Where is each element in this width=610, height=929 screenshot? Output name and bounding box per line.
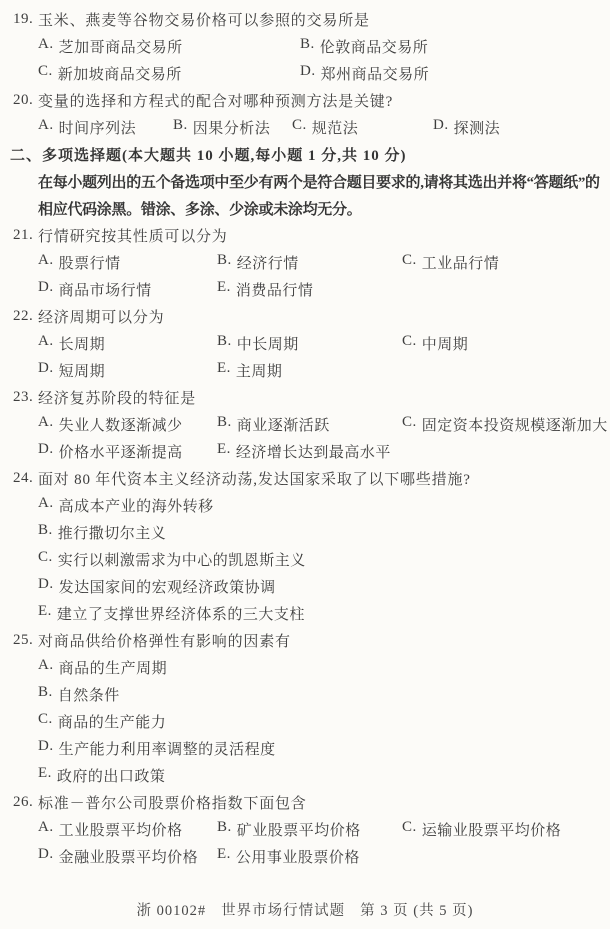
question-26: 26. 标准－普尔公司股票价格指数下面包含 bbox=[0, 789, 610, 816]
option-label: A. bbox=[38, 819, 54, 840]
option-label: C. bbox=[402, 333, 417, 354]
option-text: 主周期 bbox=[236, 360, 283, 381]
option: C.工业品行情 bbox=[402, 252, 610, 273]
option: C.运输业股票平均价格 bbox=[402, 819, 610, 840]
option-label: E. bbox=[217, 360, 231, 381]
option-text: 商品的生产能力 bbox=[58, 711, 167, 732]
option-text: 伦敦商品交易所 bbox=[320, 36, 429, 57]
question-26-options-row-2: D.金融业股票平均价格 E.公用事业股票价格 bbox=[0, 843, 610, 870]
question-number: 25. bbox=[13, 632, 38, 649]
option-label: A. bbox=[38, 252, 54, 273]
option-label: E. bbox=[38, 765, 52, 786]
option: B.商业逐渐活跃 bbox=[217, 414, 402, 435]
option: D.生产能力利用率调整的灵活程度 bbox=[38, 738, 610, 759]
option-text: 商业逐渐活跃 bbox=[237, 414, 330, 435]
question-number: 24. bbox=[13, 470, 38, 487]
option: D.探测法 bbox=[433, 117, 610, 138]
option: A.失业人数逐渐减少 bbox=[38, 414, 217, 435]
option: B.推行撒切尔主义 bbox=[38, 522, 610, 543]
question-number: 21. bbox=[13, 227, 38, 244]
option-label: E. bbox=[217, 846, 231, 867]
option-label: C. bbox=[292, 117, 307, 138]
option-text: 工业品行情 bbox=[422, 252, 500, 273]
question-24-option-e: E.建立了支撑世界经济体系的三大支柱 bbox=[0, 600, 610, 627]
option: D.发达国家间的宏观经济政策协调 bbox=[38, 576, 610, 597]
option-label: B. bbox=[300, 36, 315, 57]
option-text: 政府的出口政策 bbox=[57, 765, 166, 786]
option-label: C. bbox=[402, 414, 417, 435]
option-text: 实行以刺激需求为中心的凯恩斯主义 bbox=[58, 549, 306, 570]
page-number: 第 3 页 (共 5 页) bbox=[360, 899, 473, 920]
option-label: A. bbox=[38, 657, 54, 678]
option: E.公用事业股票价格 bbox=[217, 846, 402, 867]
option-text: 探测法 bbox=[454, 117, 501, 138]
exam-code: 浙 00102# bbox=[137, 899, 207, 920]
option-label: D. bbox=[38, 576, 54, 597]
option-text: 金融业股票平均价格 bbox=[59, 846, 199, 867]
question-24: 24. 面对 80 年代资本主义经济动荡,发达国家采取了以下哪些措施? bbox=[0, 465, 610, 492]
option: E.经济增长达到最高水平 bbox=[217, 441, 402, 462]
question-20-options-row-1: A.时间序列法 B.因果分析法 C.规范法 D.探测法 bbox=[0, 114, 610, 141]
option-text: 规范法 bbox=[312, 117, 359, 138]
question-text: 玉米、燕麦等谷物交易价格可以参照的交易所是 bbox=[38, 9, 370, 30]
option: C.规范法 bbox=[292, 117, 433, 138]
option: A.商品的生产周期 bbox=[38, 657, 610, 678]
question-number: 19. bbox=[13, 11, 38, 28]
option: C.中周期 bbox=[402, 333, 610, 354]
exam-page: 19. 玉米、燕麦等谷物交易价格可以参照的交易所是 A.芝加哥商品交易所 B.伦… bbox=[0, 0, 610, 929]
option-text: 商品市场行情 bbox=[59, 279, 152, 300]
option-label: D. bbox=[38, 738, 54, 759]
question-24-option-b: B.推行撒切尔主义 bbox=[0, 519, 610, 546]
option-label: A. bbox=[38, 414, 54, 435]
option-text: 中长周期 bbox=[237, 333, 299, 354]
option-text: 高成本产业的海外转移 bbox=[59, 495, 214, 516]
question-22-options-row-2: D.短周期 E.主周期 bbox=[0, 357, 610, 384]
option-label: E. bbox=[38, 603, 52, 624]
option-label: D. bbox=[38, 441, 54, 462]
question-21-options-row-2: D.商品市场行情 E.消费品行情 bbox=[0, 276, 610, 303]
option-text: 中周期 bbox=[422, 333, 469, 354]
option-label: B. bbox=[217, 414, 232, 435]
option-text: 长周期 bbox=[59, 333, 106, 354]
option-text: 时间序列法 bbox=[59, 117, 137, 138]
question-23-options-row-1: A.失业人数逐渐减少 B.商业逐渐活跃 C.固定资本投资规模逐渐加大 bbox=[0, 411, 610, 438]
option-label: A. bbox=[38, 333, 54, 354]
option-label: E. bbox=[217, 441, 231, 462]
option-label: B. bbox=[217, 252, 232, 273]
option-text: 矿业股票平均价格 bbox=[237, 819, 361, 840]
section-instruction-line-1: 在每小题列出的五个备选项中至少有两个是符合题目要求的,请将其选出并将“答题纸”的 bbox=[0, 168, 610, 195]
instruction-text: 在每小题列出的五个备选项中至少有两个是符合题目要求的,请将其选出并将“答题纸”的 bbox=[38, 171, 600, 192]
option: B.因果分析法 bbox=[173, 117, 292, 138]
page-footer: 浙 00102# 世界市场行情试题 第 3 页 (共 5 页) bbox=[0, 896, 610, 923]
question-24-option-d: D.发达国家间的宏观经济政策协调 bbox=[0, 573, 610, 600]
question-25-option-e: E.政府的出口政策 bbox=[0, 762, 610, 789]
option-label: B. bbox=[217, 819, 232, 840]
instruction-text: 相应代码涂黑。错涂、多涂、少涂或未涂均无分。 bbox=[38, 198, 361, 219]
option-text: 运输业股票平均价格 bbox=[422, 819, 562, 840]
option-text: 经济行情 bbox=[237, 252, 299, 273]
option: C.固定资本投资规模逐渐加大 bbox=[402, 414, 610, 435]
option-text: 自然条件 bbox=[58, 684, 120, 705]
option-text: 短周期 bbox=[59, 360, 106, 381]
question-text: 对商品供给价格弹性有影响的因素有 bbox=[38, 630, 291, 651]
option-label: D. bbox=[300, 63, 316, 84]
question-25-option-c: C.商品的生产能力 bbox=[0, 708, 610, 735]
option: A.股票行情 bbox=[38, 252, 217, 273]
option-label: C. bbox=[38, 711, 53, 732]
question-number: 23. bbox=[13, 389, 38, 406]
option-text: 因果分析法 bbox=[193, 117, 271, 138]
option-label: B. bbox=[173, 117, 188, 138]
option: A.高成本产业的海外转移 bbox=[38, 495, 610, 516]
question-19-options-row-1: A.芝加哥商品交易所 B.伦敦商品交易所 bbox=[0, 33, 610, 60]
option: B.中长周期 bbox=[217, 333, 402, 354]
question-20: 20. 变量的选择和方程式的配合对哪种预测方法是关键? bbox=[0, 87, 610, 114]
question-24-option-c: C.实行以刺激需求为中心的凯恩斯主义 bbox=[0, 546, 610, 573]
option-label: A. bbox=[38, 495, 54, 516]
question-23-options-row-2: D.价格水平逐渐提高 E.经济增长达到最高水平 bbox=[0, 438, 610, 465]
question-number: 26. bbox=[13, 794, 38, 811]
option-text: 商品的生产周期 bbox=[59, 657, 168, 678]
option: E.政府的出口政策 bbox=[38, 765, 610, 786]
option-text: 价格水平逐渐提高 bbox=[59, 441, 183, 462]
question-21: 21. 行情研究按其性质可以分为 bbox=[0, 222, 610, 249]
option-text: 建立了支撑世界经济体系的三大支柱 bbox=[57, 603, 305, 624]
question-text: 行情研究按其性质可以分为 bbox=[38, 225, 228, 246]
question-25: 25. 对商品供给价格弹性有影响的因素有 bbox=[0, 627, 610, 654]
section-title-text: 二、多项选择题(本大题共 10 小题,每小题 1 分,共 10 分) bbox=[10, 144, 407, 165]
option-text: 推行撒切尔主义 bbox=[58, 522, 167, 543]
exam-title: 世界市场行情试题 bbox=[221, 899, 345, 920]
option-label: A. bbox=[38, 36, 54, 57]
option-label: C. bbox=[402, 252, 417, 273]
question-22: 22. 经济周期可以分为 bbox=[0, 303, 610, 330]
question-19: 19. 玉米、燕麦等谷物交易价格可以参照的交易所是 bbox=[0, 6, 610, 33]
option: C.实行以刺激需求为中心的凯恩斯主义 bbox=[38, 549, 610, 570]
option-label: B. bbox=[217, 333, 232, 354]
option-label: D. bbox=[433, 117, 449, 138]
question-25-option-b: B.自然条件 bbox=[0, 681, 610, 708]
option-text: 新加坡商品交易所 bbox=[58, 63, 182, 84]
option: C.商品的生产能力 bbox=[38, 711, 610, 732]
option: D.价格水平逐渐提高 bbox=[38, 441, 217, 462]
option: E.主周期 bbox=[217, 360, 402, 381]
option: C.新加坡商品交易所 bbox=[38, 63, 300, 84]
question-text: 经济周期可以分为 bbox=[38, 306, 164, 327]
option: A.长周期 bbox=[38, 333, 217, 354]
question-text: 变量的选择和方程式的配合对哪种预测方法是关键? bbox=[38, 90, 393, 111]
option: B.经济行情 bbox=[217, 252, 402, 273]
option: D.短周期 bbox=[38, 360, 217, 381]
question-24-option-a: A.高成本产业的海外转移 bbox=[0, 492, 610, 519]
option-text: 消费品行情 bbox=[236, 279, 314, 300]
option-label: A. bbox=[38, 117, 54, 138]
option-label: C. bbox=[38, 63, 53, 84]
option-label: D. bbox=[38, 360, 54, 381]
option-label: D. bbox=[38, 846, 54, 867]
option: D.商品市场行情 bbox=[38, 279, 217, 300]
section-title: 二、多项选择题(本大题共 10 小题,每小题 1 分,共 10 分) bbox=[0, 141, 610, 168]
option-label: E. bbox=[217, 279, 231, 300]
option-label: B. bbox=[38, 522, 53, 543]
question-23: 23. 经济复苏阶段的特征是 bbox=[0, 384, 610, 411]
option: B.伦敦商品交易所 bbox=[300, 36, 610, 57]
option-text: 郑州商品交易所 bbox=[321, 63, 430, 84]
option-text: 股票行情 bbox=[59, 252, 121, 273]
question-19-options-row-2: C.新加坡商品交易所 D.郑州商品交易所 bbox=[0, 60, 610, 87]
question-25-option-d: D.生产能力利用率调整的灵活程度 bbox=[0, 735, 610, 762]
option-text: 芝加哥商品交易所 bbox=[59, 36, 183, 57]
option: D.郑州商品交易所 bbox=[300, 63, 610, 84]
option-label: C. bbox=[38, 549, 53, 570]
option: A.时间序列法 bbox=[38, 117, 173, 138]
option: E.消费品行情 bbox=[217, 279, 402, 300]
option: B.矿业股票平均价格 bbox=[217, 819, 402, 840]
option-text: 公用事业股票价格 bbox=[236, 846, 360, 867]
option-text: 经济增长达到最高水平 bbox=[236, 441, 391, 462]
option: A.工业股票平均价格 bbox=[38, 819, 217, 840]
question-25-option-a: A.商品的生产周期 bbox=[0, 654, 610, 681]
option: B.自然条件 bbox=[38, 684, 610, 705]
question-text: 经济复苏阶段的特征是 bbox=[38, 387, 196, 408]
option-text: 生产能力利用率调整的灵活程度 bbox=[59, 738, 276, 759]
option-text: 发达国家间的宏观经济政策协调 bbox=[59, 576, 276, 597]
option-text: 固定资本投资规模逐渐加大 bbox=[422, 414, 608, 435]
question-22-options-row-1: A.长周期 B.中长周期 C.中周期 bbox=[0, 330, 610, 357]
question-number: 20. bbox=[13, 92, 38, 109]
option-label: C. bbox=[402, 819, 417, 840]
option: D.金融业股票平均价格 bbox=[38, 846, 217, 867]
option: A.芝加哥商品交易所 bbox=[38, 36, 300, 57]
option: E.建立了支撑世界经济体系的三大支柱 bbox=[38, 603, 610, 624]
question-text: 面对 80 年代资本主义经济动荡,发达国家采取了以下哪些措施? bbox=[38, 468, 471, 489]
option-text: 工业股票平均价格 bbox=[59, 819, 183, 840]
option-text: 失业人数逐渐减少 bbox=[59, 414, 183, 435]
question-text: 标准－普尔公司股票价格指数下面包含 bbox=[38, 792, 307, 813]
question-21-options-row-1: A.股票行情 B.经济行情 C.工业品行情 bbox=[0, 249, 610, 276]
section-instruction-line-2: 相应代码涂黑。错涂、多涂、少涂或未涂均无分。 bbox=[0, 195, 610, 222]
option-label: B. bbox=[38, 684, 53, 705]
option-label: D. bbox=[38, 279, 54, 300]
question-26-options-row-1: A.工业股票平均价格 B.矿业股票平均价格 C.运输业股票平均价格 bbox=[0, 816, 610, 843]
question-number: 22. bbox=[13, 308, 38, 325]
